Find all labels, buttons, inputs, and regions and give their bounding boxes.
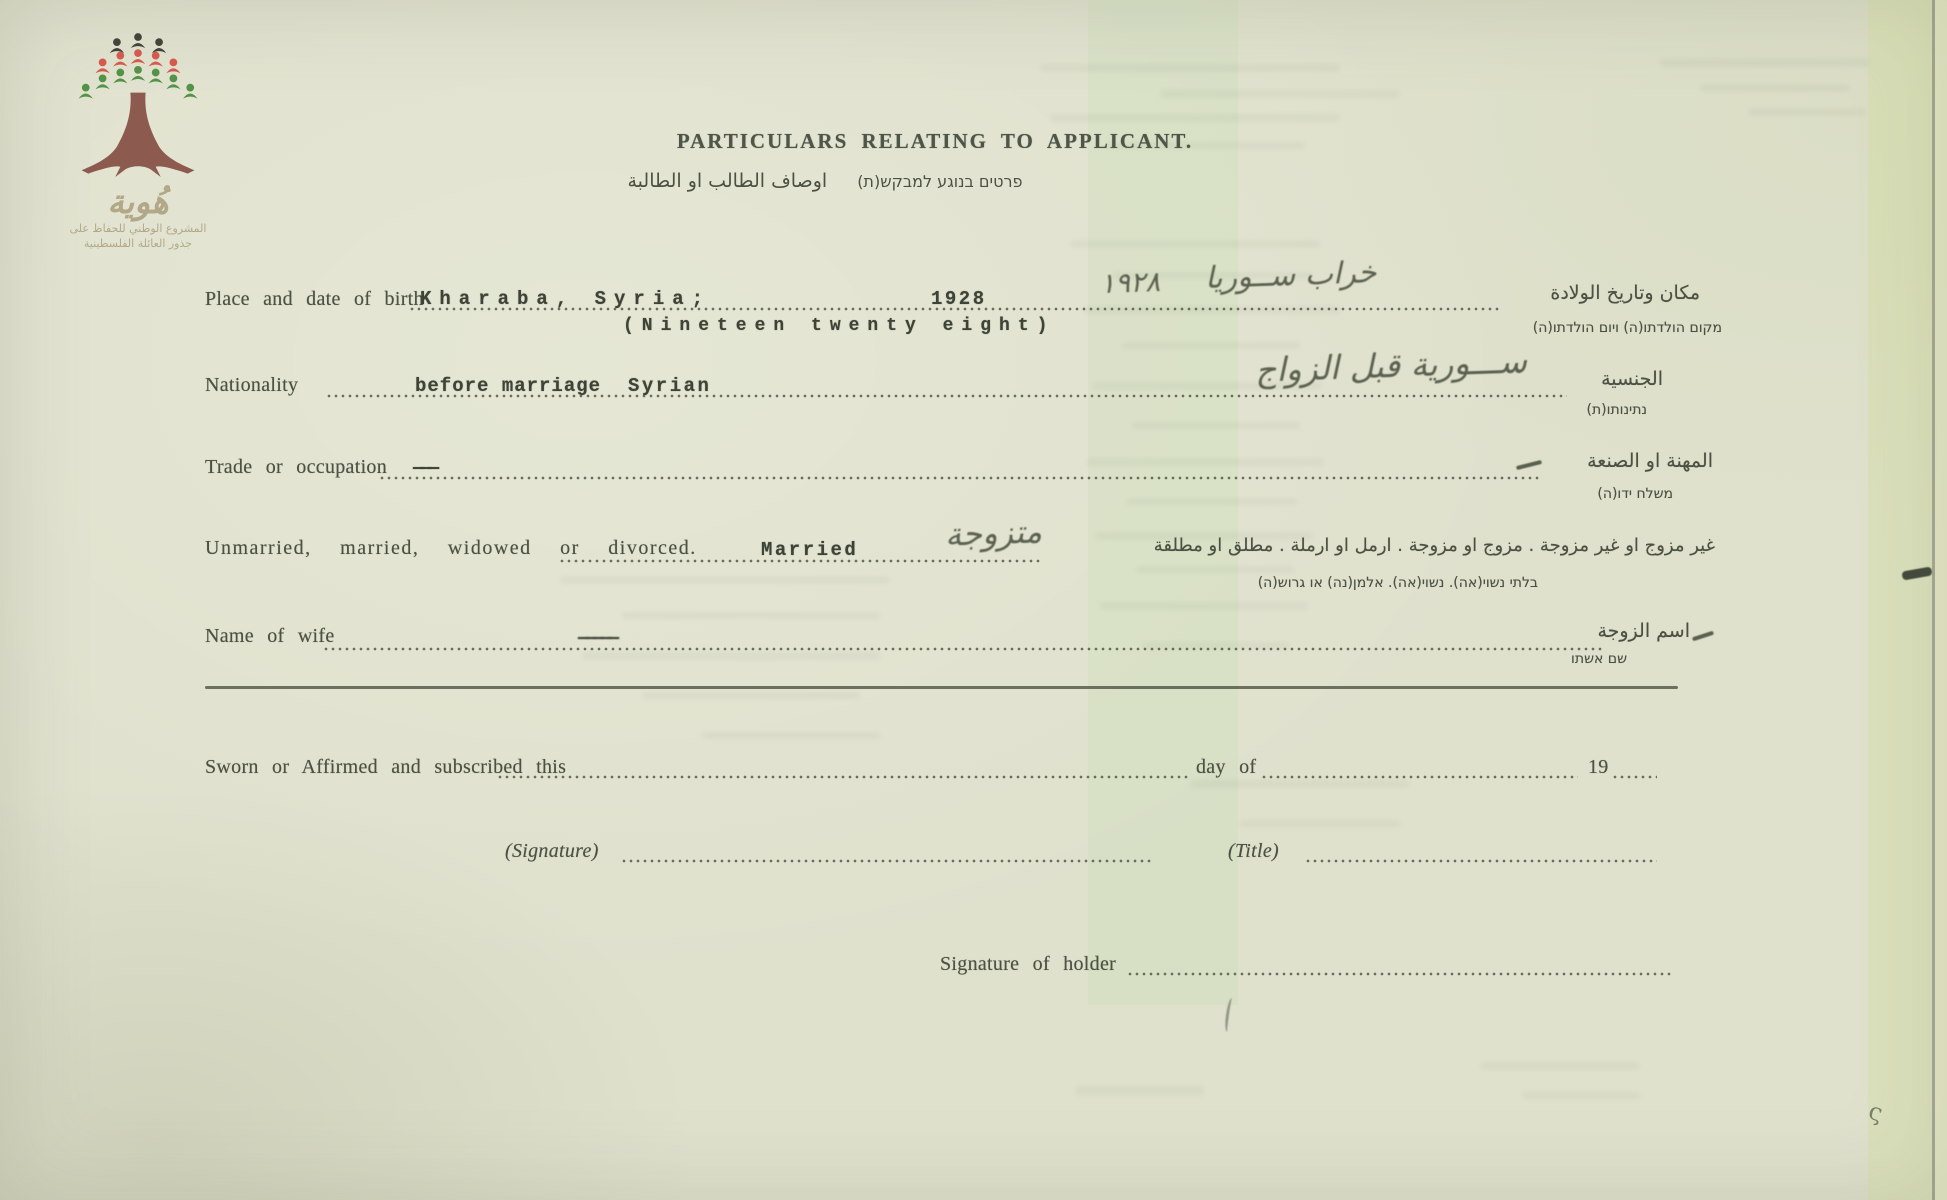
page-subtitle: اوصاف الطالب او الطالبة פרטים בנוגע למבק… <box>620 170 1030 192</box>
pen-mark <box>1516 460 1542 470</box>
birth-place-typed: Kharaba, Syria; <box>420 288 711 310</box>
bleed-through-line <box>1136 566 1294 573</box>
dotted-leader <box>622 859 1152 863</box>
bleed-through-line <box>1086 458 1324 466</box>
bleed-through-line <box>1040 64 1340 72</box>
bleed-through-line <box>1700 84 1850 92</box>
birth-year-words-typed: (Nineteen twenty eight) <box>623 316 1055 336</box>
dotted-leader <box>1262 775 1578 779</box>
nationality-handwritten: ســـورية قبل الزواج <box>1254 341 1527 389</box>
birth-label-arabic: مكان وتاريخ الولادة <box>1550 282 1700 304</box>
logo-calligraphy: هُوية <box>50 183 226 221</box>
bleed-through-line <box>1100 602 1308 610</box>
bleed-through-line <box>702 732 880 739</box>
marital-value-typed: Married <box>761 539 858 561</box>
birth-label-hebrew: מקום הולדתו(ה) ויום הולדתו(ה) <box>1533 320 1722 336</box>
nationality-label-hebrew: נתינותו(ת) <box>1587 402 1648 418</box>
dotted-leader <box>380 476 1540 480</box>
bleed-through-line <box>1748 108 1866 116</box>
subtitle-hebrew: פרטים בנוגע למבקש(ת) <box>857 172 1022 191</box>
wife-label: Name of wife <box>205 625 335 648</box>
sworn-year-prefix: 19 <box>1588 756 1609 779</box>
birth-label: Place and date of birth <box>205 288 424 311</box>
dotted-leader <box>498 775 1188 779</box>
page-title: PARTICULARS RELATING TO APPLICANT. <box>673 129 1197 154</box>
pen-mark <box>1692 631 1714 642</box>
bleed-through-line <box>560 576 890 584</box>
bleed-through-line <box>1122 342 1300 349</box>
trade-label-hebrew: משלח ידו(ה) <box>1597 486 1673 502</box>
bleed-through-line <box>1522 1092 1640 1099</box>
bleed-through-line <box>622 612 880 619</box>
title-label: (Title) <box>1228 840 1279 863</box>
bleed-through-line <box>1070 240 1320 248</box>
dotted-leader <box>1613 775 1657 779</box>
logo-tagline-2: جذور العائلة الفلسطينية <box>50 236 226 251</box>
bleed-through-line <box>1126 498 1298 505</box>
dotted-leader <box>324 647 1602 651</box>
birth-year-handwritten: ١٩٢٨ <box>1099 265 1160 300</box>
bleed-through-line <box>1480 1062 1640 1070</box>
signature-label: (Signature) <box>505 840 599 863</box>
sworn-dayof: day of <box>1196 756 1256 779</box>
birth-place-handwritten: خراب ســوريا <box>1204 255 1377 296</box>
family-tree-icon <box>50 32 226 182</box>
scanned-document-page: هُوية المشروع الوطني للحفاظ على جذور الع… <box>0 0 1947 1200</box>
birth-year-typed: 1928 <box>931 288 987 310</box>
dotted-leader <box>1306 859 1657 863</box>
nationality-qualifier-typed: before marriage <box>415 375 601 397</box>
wife-label-arabic: اسم الزوجة <box>1597 620 1690 642</box>
nationality-value-typed: Syrian <box>628 375 711 397</box>
bleed-through-line <box>582 652 880 660</box>
bleed-through-line <box>1050 114 1340 122</box>
bleed-through-line <box>642 692 860 699</box>
wife-value-typed: ————— <box>578 627 615 649</box>
bleed-through-line <box>1240 820 1400 827</box>
nationality-label-arabic: الجنسية <box>1601 368 1663 390</box>
trade-value-typed: ——— <box>413 457 435 479</box>
subtitle-arabic: اوصاف الطالب او الطالبة <box>628 170 828 192</box>
wife-label-hebrew: שם אשתו <box>1571 651 1627 667</box>
bleed-through-line <box>1190 780 1410 788</box>
bleed-through-line <box>1160 90 1400 98</box>
huwiyya-logo: هُوية المشروع الوطني للحفاظ على جذور الع… <box>50 32 226 251</box>
dotted-leader <box>1128 972 1672 976</box>
nationality-label: Nationality <box>205 374 298 397</box>
bleed-through-line <box>1075 1086 1205 1096</box>
marital-label: Unmarried, married, widowed or divorced. <box>205 537 697 560</box>
page-edge-strip <box>1935 0 1947 1200</box>
marital-label-arabic: غير مزوج او غير مزوجة . مزوج او مزوجة . … <box>1154 535 1715 556</box>
bleed-through-line <box>1660 58 1870 67</box>
scan-tint-band-right <box>1868 0 1932 1200</box>
logo-tagline-1: المشروع الوطني للحفاظ على <box>50 221 226 236</box>
bleed-through-line <box>1132 422 1300 429</box>
holder-label: Signature of holder <box>940 953 1116 976</box>
trade-label: Trade or occupation <box>205 456 387 479</box>
marital-handwritten: متزوجة <box>944 512 1042 553</box>
separator-rule <box>205 686 1678 689</box>
trade-label-arabic: المهنة او الصنعة <box>1587 450 1713 472</box>
marital-label-hebrew: בלתי נשוי(אה). נשוי(אה). אלמן(נה) או גרו… <box>1258 575 1538 591</box>
